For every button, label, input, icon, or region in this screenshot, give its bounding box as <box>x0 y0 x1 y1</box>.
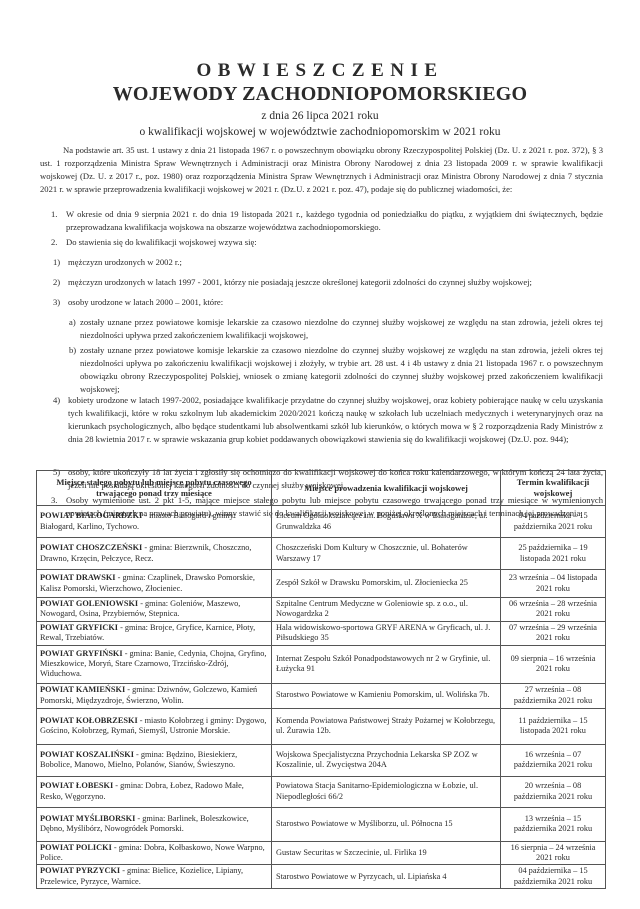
table-header-row: Miejsce stałego pobytu lub miejsce pobyt… <box>37 471 606 506</box>
location-cell: Zespół Szkół w Drawsku Pomorskim, ul. Zł… <box>272 570 501 598</box>
residence-cell: POWIAT GOLENIOWSKI - gmina: Goleniów, Ma… <box>37 598 272 622</box>
powiat-name: POWIAT ŁOBESKI <box>40 781 113 790</box>
residence-cell: POWIAT POLICKI - gmina: Dobra, Kołbaskow… <box>37 841 272 865</box>
column-header-term: Termin kwalifikacji wojskowej <box>501 471 606 506</box>
powiat-name: POWIAT DRAWSKI <box>40 573 116 582</box>
term-cell: 04 października – 15 października 2021 r… <box>501 506 606 538</box>
letter-a: a) zostały uznane przez powiatowe komisj… <box>80 316 603 342</box>
table-row: POWIAT MYŚLIBORSKI - gmina: Barlinek, Bo… <box>37 807 606 841</box>
table-row: POWIAT ŁOBESKI - gmina: Dobra, Łobez, Ra… <box>37 776 606 807</box>
subpoint-number: 1) <box>53 256 60 269</box>
residence-cell: POWIAT KAMIEŃSKI - gmina: Dziwnów, Golcz… <box>37 683 272 708</box>
location-cell: Choszczeński Dom Kultury w Choszcznie, u… <box>272 538 501 570</box>
term-cell: 16 sierpnia – 24 września 2021 roku <box>501 841 606 865</box>
powiat-name: POWIAT GOLENIOWSKI <box>40 599 138 608</box>
subpoint-2: 2) mężczyzn urodzonych w latach 1997 - 2… <box>68 276 603 289</box>
residence-cell: POWIAT CHOSZCZEŃSKI - gmina: Bierzwnik, … <box>37 538 272 570</box>
residence-cell: POWIAT KOŁOBRZESKI - miasto Kołobrzeg i … <box>37 708 272 744</box>
term-cell: 07 września – 29 września 2021 roku <box>501 621 606 645</box>
column-header-residence: Miejsce stałego pobytu lub miejsce pobyt… <box>37 471 272 506</box>
location-cell: Wojskowa Specjalistyczna Przychodnia Lek… <box>272 744 501 776</box>
table-row: POWIAT PYRZYCKI - gmina: Bielice, Koziel… <box>37 865 606 889</box>
powiat-name: POWIAT MYŚLIBORSKI <box>40 814 135 823</box>
point-2: 2. Do stawienia się do kwalifikacji wojs… <box>66 236 603 249</box>
table-row: POWIAT POLICKI - gmina: Dobra, Kołbaskow… <box>37 841 606 865</box>
residence-cell: POWIAT PYRZYCKI - gmina: Bielice, Koziel… <box>37 865 272 889</box>
announcement-page: OBWIESZCZENIE WOJEWODY ZACHODNIOPOMORSKI… <box>0 0 640 909</box>
powiat-name: POWIAT GRYFICKI <box>40 623 118 632</box>
term-cell: 27 września – 08 października 2021 roku <box>501 683 606 708</box>
column-header-location: Miejsce prowadzenia kwalifikacji wojskow… <box>272 471 501 506</box>
term-cell: 16 września – 07 października 2021 roku <box>501 744 606 776</box>
term-cell: 11 października – 15 listopada 2021 roku <box>501 708 606 744</box>
subpoint-number: 4) <box>53 394 60 407</box>
location-cell: Liceum Ogólnokształcące im. Bogusława X … <box>272 506 501 538</box>
subpoint-text: kobiety urodzone w latach 1997-2002, pos… <box>68 395 603 444</box>
subpoint-3: 3) osoby urodzone w latach 2000 – 2001, … <box>68 296 603 309</box>
location-cell: Starostwo Powiatowe w Myśliborzu, ul. Pó… <box>272 807 501 841</box>
term-cell: 09 sierpnia – 16 września 2021 roku <box>501 645 606 683</box>
letter-text: zostały uznane przez powiatowe komisje l… <box>80 345 603 394</box>
document-date: z dnia 26 lipca 2021 roku <box>0 110 640 122</box>
point-text: Do stawienia się do kwalifikacji wojskow… <box>66 237 257 247</box>
term-cell: 23 września – 04 listopada 2021 roku <box>501 570 606 598</box>
term-cell: 04 października – 15 października 2021 r… <box>501 865 606 889</box>
residence-cell: POWIAT MYŚLIBORSKI - gmina: Barlinek, Bo… <box>37 807 272 841</box>
residence-cell: POWIAT GRYFIŃSKI - gmina: Banie, Cedynia… <box>37 645 272 683</box>
table-row: POWIAT BIAŁOGARDZKI - miasto Białogard i… <box>37 506 606 538</box>
subpoint-number: 3) <box>53 296 60 309</box>
residence-cell: POWIAT ŁOBESKI - gmina: Dobra, Łobez, Ra… <box>37 776 272 807</box>
location-cell: Internat Zespołu Szkół Ponadpodstawowych… <box>272 645 501 683</box>
powiat-name: POWIAT GRYFIŃSKI <box>40 649 123 658</box>
location-cell: Starostwo Powiatowe w Pyrzycach, ul. Lip… <box>272 865 501 889</box>
table-row: POWIAT GRYFIŃSKI - gmina: Banie, Cedynia… <box>37 645 606 683</box>
subpoint-text: mężczyzn urodzonych w latach 1997 - 2001… <box>68 277 532 287</box>
table-row: POWIAT DRAWSKI - gmina: Czaplinek, Draws… <box>37 570 606 598</box>
term-cell: 06 września – 28 września 2021 roku <box>501 598 606 622</box>
table-row: POWIAT KAMIEŃSKI - gmina: Dziwnów, Golcz… <box>37 683 606 708</box>
location-cell: Komenda Powiatowa Państwowej Straży Poża… <box>272 708 501 744</box>
letter-marker: b) <box>69 344 76 357</box>
legal-basis-paragraph: Na podstawie art. 35 ust. 1 ustawy z dni… <box>40 144 603 196</box>
point-text: W okresie od dnia 9 sierpnia 2021 r. do … <box>66 209 603 232</box>
table-row: POWIAT CHOSZCZEŃSKI - gmina: Bierzwnik, … <box>37 538 606 570</box>
subpoint-1: 1) mężczyzn urodzonych w 2002 r.; <box>68 256 603 269</box>
location-cell: Starostwo Powiatowe w Kamieniu Pomorskim… <box>272 683 501 708</box>
table-row: POWIAT KOŁOBRZESKI - miasto Kołobrzeg i … <box>37 708 606 744</box>
residence-cell: POWIAT KOSZALIŃSKI - gmina: Będzino, Bie… <box>37 744 272 776</box>
table-row: POWIAT GRYFICKI - gmina: Brojce, Gryfice… <box>37 621 606 645</box>
powiat-name: POWIAT CHOSZCZEŃSKI <box>40 543 142 552</box>
residence-cell: POWIAT DRAWSKI - gmina: Czaplinek, Draws… <box>37 570 272 598</box>
letter-b: b) zostały uznane przez powiatowe komisj… <box>80 344 603 396</box>
point-number: 1. <box>51 208 57 221</box>
powiat-name: POWIAT KOŁOBRZESKI <box>40 716 138 725</box>
location-cell: Gustaw Securitas w Szczecinie, ul. Firli… <box>272 841 501 865</box>
residence-cell: POWIAT GRYFICKI - gmina: Brojce, Gryfice… <box>37 621 272 645</box>
point-1: 1. W okresie od dnia 9 sierpnia 2021 r. … <box>66 208 603 234</box>
powiat-name: POWIAT BIAŁOGARDZKI <box>40 511 142 520</box>
point-number: 2. <box>51 236 57 249</box>
document-title: OBWIESZCZENIE <box>0 60 640 82</box>
location-cell: Powiatowa Stacja Sanitarno-Epidemiologic… <box>272 776 501 807</box>
issuing-authority: WOJEWODY ZACHODNIOPOMORSKIEGO <box>0 83 640 106</box>
letter-text: zostały uznane przez powiatowe komisje l… <box>80 317 603 340</box>
subpoint-number: 2) <box>53 276 60 289</box>
letter-marker: a) <box>69 316 76 329</box>
term-cell: 20 września – 08 października 2021 roku <box>501 776 606 807</box>
term-cell: 25 października – 19 listopada 2021 roku <box>501 538 606 570</box>
table-row: POWIAT GOLENIOWSKI - gmina: Goleniów, Ma… <box>37 598 606 622</box>
subpoint-text: mężczyzn urodzonych w 2002 r.; <box>68 257 182 267</box>
term-cell: 13 września – 15 października 2021 roku <box>501 807 606 841</box>
table-row: POWIAT KOSZALIŃSKI - gmina: Będzino, Bie… <box>37 744 606 776</box>
powiat-name: POWIAT KOSZALIŃSKI <box>40 750 134 759</box>
residence-cell: POWIAT BIAŁOGARDZKI - miasto Białogard i… <box>37 506 272 538</box>
location-cell: Hala widowiskowo-sportowa GRYF ARENA w G… <box>272 621 501 645</box>
subpoint-4: 4) kobiety urodzone w latach 1997-2002, … <box>68 394 603 446</box>
document-subject: o kwalifikacji wojskowej w województwie … <box>0 126 640 138</box>
powiat-name: POWIAT PYRZYCKI <box>40 866 120 875</box>
powiat-name: POWIAT KAMIEŃSKI <box>40 685 125 694</box>
qualification-schedule-table: Miejsce stałego pobytu lub miejsce pobyt… <box>36 470 606 889</box>
subpoint-text: osoby urodzone w latach 2000 – 2001, któ… <box>68 297 223 307</box>
powiat-name: POWIAT POLICKI <box>40 843 112 852</box>
location-cell: Szpitalne Centrum Medyczne w Goleniowie … <box>272 598 501 622</box>
